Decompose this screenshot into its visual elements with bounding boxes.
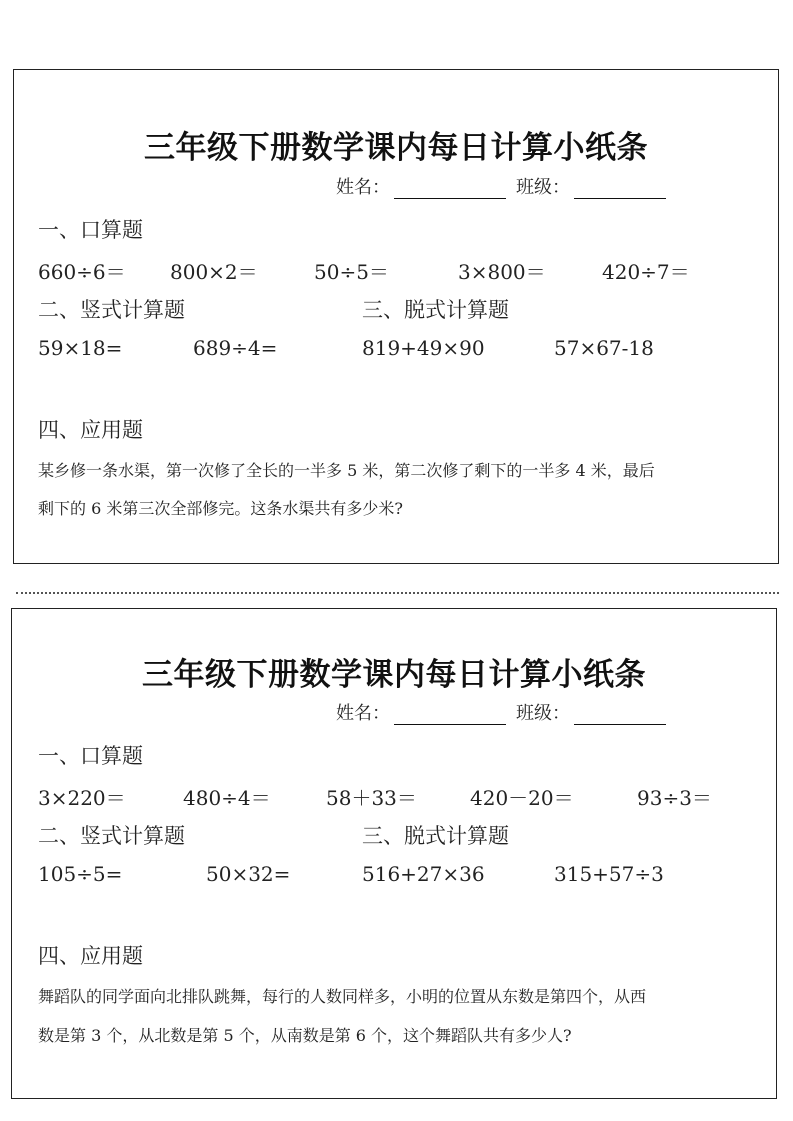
class-label: 班级： [516,173,570,199]
name-label: 姓名： [336,699,390,725]
oral-problem: 93÷3＝ [637,782,712,811]
class-field[interactable] [574,704,666,725]
oral-problem: 800×2＝ [170,256,258,285]
vertical-problem: 105÷5= [38,862,122,886]
class-field[interactable] [574,178,666,199]
vertical-problem: 50×32= [206,862,290,886]
slip-title: 三年级下册数学课内每日计算小纸条 [14,122,778,167]
worksheet-slip-2: 三年级下册数学课内每日计算小纸条 姓名： 班级： 一、口算题 3×220＝ 48… [11,608,777,1099]
oral-problem: 3×220＝ [38,782,126,811]
section-stepwise-heading: 三、脱式计算题 [362,294,509,324]
cut-line-divider [16,592,779,594]
word-problem-line: 数是第 3 个，从北数是第 5 个，从南数是第 6 个，这个舞蹈队共有多少人? [38,1017,572,1054]
stepwise-problem: 819+49×90 [362,336,485,360]
stepwise-problem: 315+57÷3 [554,862,664,886]
worksheet-slip-1: 三年级下册数学课内每日计算小纸条 姓名： 班级： 一、口算题 660÷6＝ 80… [13,69,779,564]
section-vertical-heading: 二、竖式计算题 [38,820,185,850]
oral-problem: 660÷6＝ [38,256,126,285]
section-word-problem-heading: 四、应用题 [38,940,143,970]
section-vertical-heading: 二、竖式计算题 [38,294,185,324]
oral-problem: 420－20＝ [470,782,574,811]
section-oral-heading: 一、口算题 [38,740,143,770]
word-problem-line: 某乡修一条水渠，第一次修了全长的一半多 5 米，第二次修了剩下的一半多 4 米，… [38,452,655,489]
name-field[interactable] [394,704,506,725]
stepwise-problem: 516+27×36 [362,862,485,886]
section-word-problem-heading: 四、应用题 [38,414,143,444]
vertical-problem: 59×18= [38,336,122,360]
vertical-problem: 689÷4= [193,336,277,360]
name-class-row: 姓名： 班级： [336,699,676,725]
slip-title: 三年级下册数学课内每日计算小纸条 [12,649,776,694]
oral-problem: 58＋33＝ [326,782,417,811]
oral-problem: 420÷7＝ [602,256,690,285]
word-problem-line: 舞蹈队的同学面向北排队跳舞，每行的人数同样多，小明的位置从东数是第四个，从西 [38,978,646,1015]
oral-problem: 3×800＝ [458,256,546,285]
name-class-row: 姓名： 班级： [336,173,676,199]
oral-problem: 50÷5＝ [314,256,389,285]
stepwise-problem: 57×67-18 [554,336,654,360]
section-oral-heading: 一、口算题 [38,214,143,244]
oral-problem: 480÷4＝ [183,782,271,811]
name-label: 姓名： [336,173,390,199]
section-stepwise-heading: 三、脱式计算题 [362,820,509,850]
word-problem-line: 剩下的 6 米第三次全部修完。这条水渠共有多少米? [38,490,403,527]
name-field[interactable] [394,178,506,199]
class-label: 班级： [516,699,570,725]
